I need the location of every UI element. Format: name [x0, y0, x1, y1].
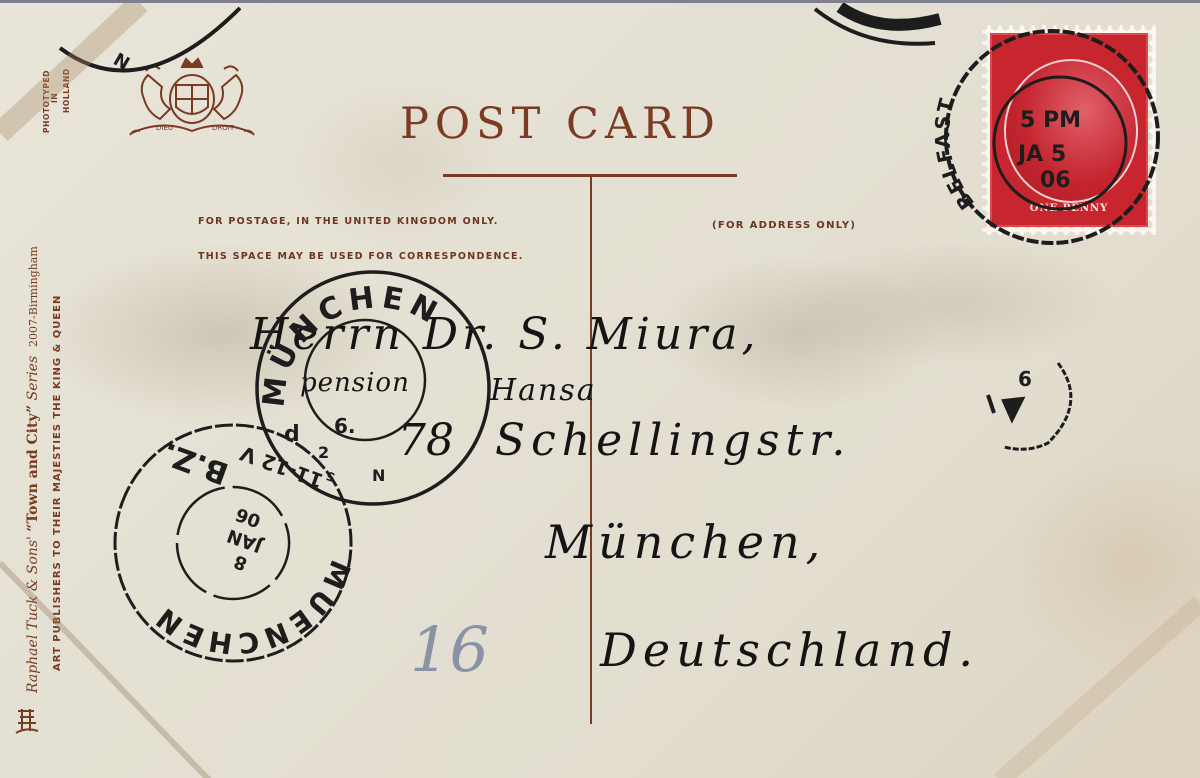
svg-text:DROIT: DROIT: [212, 124, 235, 132]
publisher-tagline: ART PUBLISHERS TO THEIR MAJESTIES THE KI…: [52, 295, 63, 671]
svg-text:JAN: JAN: [224, 524, 267, 557]
svg-text:11-12 V: 11-12 V: [237, 441, 327, 493]
address-line-3: Schellingstr.: [495, 415, 851, 466]
muenchen-bz-postmark: MUENCHEN 8 JAN 06 11-12 V B.Z. 5: [82, 392, 391, 697]
redirect-number: 78: [398, 415, 454, 466]
print-note-in: IN: [50, 93, 59, 103]
print-note-holland: HOLLAND: [62, 68, 71, 113]
address-line-4: München,: [545, 515, 826, 569]
series-number: 2007-Birmingham: [27, 246, 40, 347]
postcard-back: DIEU DROIT Raphael Tuck & Sons' “Town an…: [0, 0, 1200, 778]
correspondence-note: THIS SPACE MAY BE USED FOR CORRESPONDENC…: [198, 251, 524, 262]
address-note: (FOR ADDRESS ONLY): [712, 220, 856, 231]
tuck-easel-logo-icon: [14, 705, 40, 739]
svg-text:8: 8: [231, 550, 250, 574]
king-portrait-icon: [1004, 59, 1138, 203]
address-line-2: Hansa: [490, 373, 597, 408]
svg-text:6.: 6.: [334, 414, 356, 438]
series-word: Series: [25, 356, 41, 401]
address-line-1: Herrn Dr. S. Miura,: [250, 309, 760, 360]
stamp-value: ONE PENNY: [992, 203, 1146, 214]
svg-text:06: 06: [233, 503, 264, 531]
address-line-5: Deutschland.: [600, 623, 979, 677]
svg-text:N: N: [372, 466, 385, 485]
svg-text:BELFAST: BELFAST: [930, 94, 979, 214]
svg-text:5: 5: [324, 468, 337, 484]
svg-text:B.Z.: B.Z.: [158, 435, 233, 491]
svg-text:6: 6: [1018, 367, 1032, 391]
partial-right-postmark: 6: [988, 363, 1071, 449]
pencil-mark: 16: [410, 613, 489, 686]
series-name: “Town and City”: [25, 405, 41, 532]
publisher-name: Raphael Tuck & Sons': [25, 536, 41, 693]
royal-coat-of-arms-icon: DIEU DROIT: [126, 55, 258, 141]
svg-text:DIEU: DIEU: [156, 124, 173, 132]
svg-text:d: d: [284, 422, 300, 447]
svg-text:MUENCHEN: MUENCHEN: [144, 506, 358, 696]
card-title: POST CARD: [400, 99, 830, 149]
publisher-line: Raphael Tuck & Sons' “Town and City” Ser…: [25, 246, 41, 693]
postage-note: FOR POSTAGE, IN THE UNITED KINGDOM ONLY.: [198, 216, 499, 227]
address-overwrite: pension: [300, 368, 410, 398]
svg-text:2: 2: [318, 443, 329, 462]
